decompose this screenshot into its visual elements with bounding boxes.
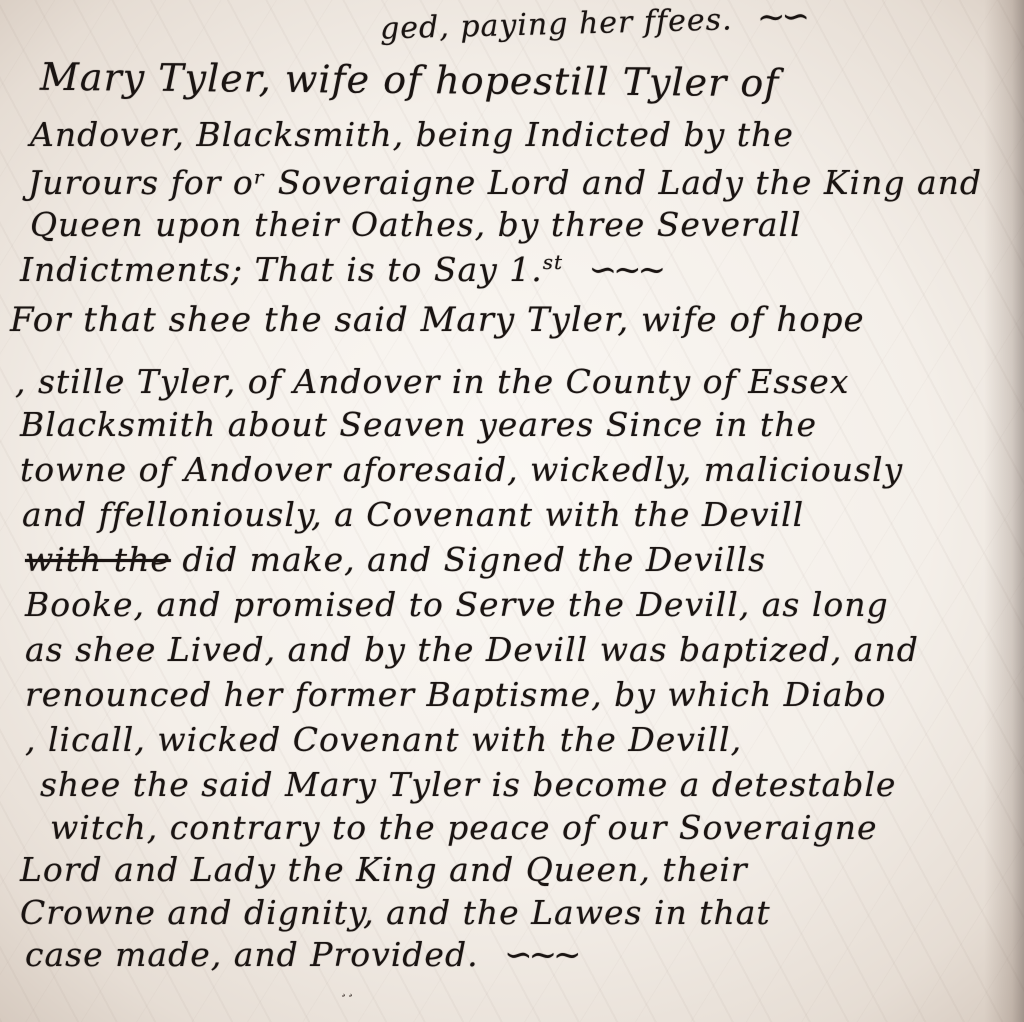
manuscript-line: renounced her former Baptisme, by which … [25,675,886,714]
line-text: and ffelloniously, a Covenant with the D… [22,495,804,534]
line-text: did make, and Signed the Devills [182,540,766,579]
line-text: Crowne and dignity, and the Lawes in tha… [20,893,771,932]
line-text: renounced her former Baptisme, by which … [25,675,886,714]
line-text: as shee Lived, and by the Devill was bap… [25,630,919,669]
stray-ink-mark: ¸¸ [340,982,354,998]
manuscript-page: ged, paying her ffees. ~∽ Mary Tyler, wi… [0,0,1024,1022]
manuscript-line: witch, contrary to the peace of our Sove… [50,808,878,847]
line-text: Booke, and promised to Serve the Devill,… [25,585,889,624]
line-text: witch, contrary to the peace of our Sove… [50,808,878,847]
manuscript-line: case made, and Provided. ∽~~ [25,935,578,975]
pen-flourish: ∽~~ [504,935,577,975]
manuscript-line: , licall, wicked Covenant with the Devil… [25,720,742,759]
manuscript-line: Indictments; That is to Say 1.st ∽~~ [20,250,662,290]
superscript-st: st [543,250,563,274]
manuscript-line: , stille Tyler, of Andover in the County… [15,362,849,401]
line-text: shee the said Mary Tyler is become a det… [40,765,896,804]
manuscript-line: Booke, and promised to Serve the Devill,… [25,585,889,624]
manuscript-line: Crowne and dignity, and the Lawes in tha… [20,893,771,932]
manuscript-line: Jurours for oʳ Soveraigne Lord and Lady … [28,163,982,202]
struck-through-words: with the [25,540,171,579]
manuscript-line: Mary Tyler, wife of hopestill Tyler of [40,55,780,105]
manuscript-line: shee the said Mary Tyler is become a det… [40,765,896,804]
line-text: towne of Andover aforesaid, wickedly, ma… [20,450,903,489]
pen-flourish: ~∽ [756,0,806,38]
pen-flourish: ∽~~ [589,250,662,290]
manuscript-line: as shee Lived, and by the Devill was bap… [25,630,919,669]
manuscript-line: Queen upon their Oathes, by three Severa… [30,205,802,244]
manuscript-line: ged, paying her ffees. ~∽ [380,0,807,48]
manuscript-line: towne of Andover aforesaid, wickedly, ma… [20,450,903,489]
manuscript-line: with the did make, and Signed the Devill… [25,540,766,579]
line-text: Lord and Lady the King and Queen, their [20,850,748,889]
line-text: For that shee the said Mary Tyler, wife … [10,300,865,340]
line-text: ged, paying her ffees. [380,2,733,46]
manuscript-text: ged, paying her ffees. ~∽ Mary Tyler, wi… [0,0,1024,1022]
manuscript-line: For that shee the said Mary Tyler, wife … [10,300,865,340]
line-text: case made, and Provided. [25,935,479,974]
line-text: , licall, wicked Covenant with the Devil… [25,720,742,759]
line-text: , stille Tyler, of Andover in the County… [15,362,849,401]
line-text: Mary Tyler, wife of hopestill Tyler of [40,55,780,105]
line-text: Jurours for oʳ Soveraigne Lord and Lady … [28,163,982,202]
manuscript-line: Blacksmith about Seaven yeares Since in … [20,405,817,444]
manuscript-line: Lord and Lady the King and Queen, their [20,850,748,889]
line-text: Queen upon their Oathes, by three Severa… [30,205,802,244]
line-text: Andover, Blacksmith, being Indicted by t… [30,115,794,154]
manuscript-line: and ffelloniously, a Covenant with the D… [22,495,804,534]
line-text: Blacksmith about Seaven yeares Since in … [20,405,817,444]
line-text: Indictments; That is to Say 1. [20,250,543,289]
manuscript-line: Andover, Blacksmith, being Indicted by t… [30,115,794,154]
